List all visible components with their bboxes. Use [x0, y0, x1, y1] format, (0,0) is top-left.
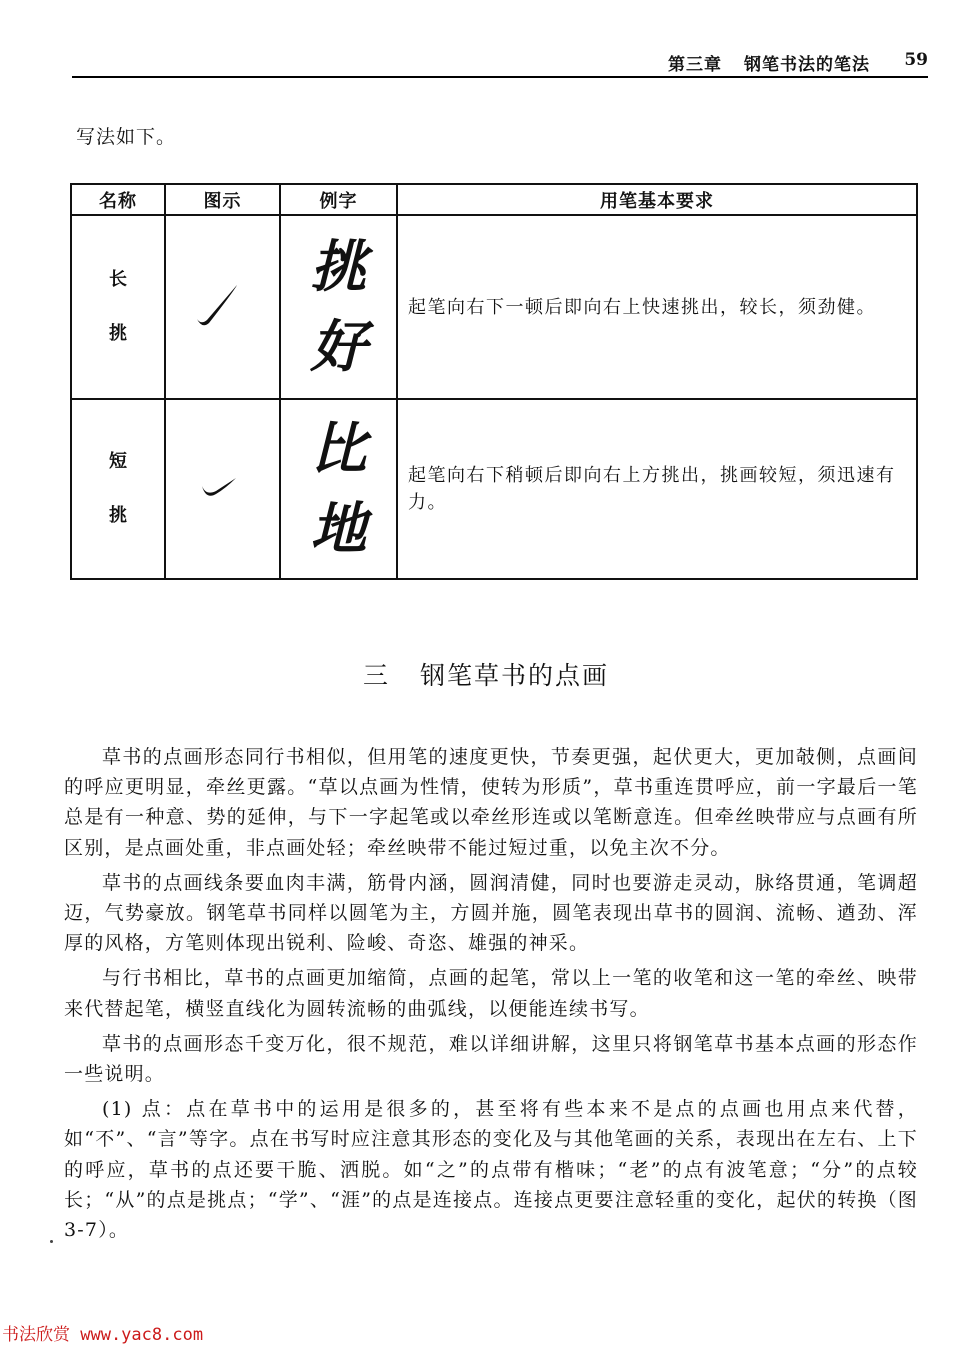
chapter-title: 钢笔书法的笔法 [744, 55, 870, 75]
watermark: 书法欣赏 www.yac8.com [2, 1320, 203, 1345]
table-row: 长 挑 挑 好 起笔向右下一顿后即向右上快速挑出，较长，须劲健。 [71, 215, 917, 399]
stroke-name-line: 挑 [72, 489, 164, 543]
table-row: 短 挑 比 地 起笔向右下稍顿后即向右上方挑出，挑画较短，须迅速有力。 [71, 399, 917, 579]
running-head-title: 第三章钢笔书法的笔法 [668, 50, 870, 75]
header-example: 例字 [280, 184, 397, 215]
stroke-requirement: 起笔向右下一顿后即向右上快速挑出，较长，须劲健。 [397, 215, 917, 399]
stroke-name-line: 挑 [72, 307, 164, 361]
example-char: 好 [281, 307, 396, 387]
section-heading: 钢笔草书的点画 [420, 661, 609, 690]
running-head: 第三章钢笔书法的笔法 59 [72, 48, 928, 76]
paragraph: 与行书相比，草书的点画更加缩简，点画的起笔，常以上一笔的收笔和这一笔的牵丝、映带… [64, 963, 918, 1023]
example-char: 地 [281, 489, 396, 569]
example-characters: 挑 好 [280, 215, 397, 399]
section-title: 三钢笔草书的点画 [0, 656, 972, 692]
stroke-name: 长 挑 [71, 215, 165, 399]
example-char: 挑 [281, 227, 396, 307]
intro-text: 写法如下。 [76, 122, 176, 149]
paragraph: 草书的点画形态同行书相似，但用笔的速度更快，节奏更强，起伏更大，更加攲侧，点画间… [64, 742, 918, 863]
example-char: 比 [281, 409, 396, 489]
header-figure: 图示 [165, 184, 280, 215]
short-tick-stroke-icon [198, 472, 248, 502]
paragraph: 草书的点画线条要血肉丰满，筋骨内涵，圆润清健，同时也要游走灵动，脉络贯通，笔调超… [64, 868, 918, 959]
chapter-label: 第三章 [668, 55, 722, 75]
stroke-name-line: 短 [72, 435, 164, 489]
stroke-table: 名称 图示 例字 用笔基本要求 长 挑 挑 好 起笔向右下一顿后即向右上快速挑出… [70, 183, 918, 580]
section-number: 三 [363, 661, 390, 690]
page-number: 59 [904, 50, 928, 70]
example-characters: 比 地 [280, 399, 397, 579]
paragraph: 草书的点画形态千变万化，很不规范，难以详细讲解，这里只将钢笔草书基本点画的形态作… [64, 1029, 918, 1089]
stroke-name: 短 挑 [71, 399, 165, 579]
header-name: 名称 [71, 184, 165, 215]
header-rule [72, 76, 928, 78]
header-requirement: 用笔基本要求 [397, 184, 917, 215]
paragraph: (1) 点：点在草书中的运用是很多的，甚至将有些本来不是点的点画也用点来代替，如… [64, 1094, 918, 1245]
stroke-name-line: 长 [72, 253, 164, 307]
table-header-row: 名称 图示 例字 用笔基本要求 [71, 184, 917, 215]
stroke-requirement: 起笔向右下稍顿后即向右上方挑出，挑画较短，须迅速有力。 [397, 399, 917, 579]
body-text: 草书的点画形态同行书相似，但用笔的速度更快，节奏更强，起伏更大，更加攲侧，点画间… [64, 742, 918, 1250]
long-tick-stroke-icon [193, 275, 253, 335]
stroke-figure [165, 215, 280, 399]
stroke-figure [165, 399, 280, 579]
margin-mark [50, 1240, 53, 1243]
